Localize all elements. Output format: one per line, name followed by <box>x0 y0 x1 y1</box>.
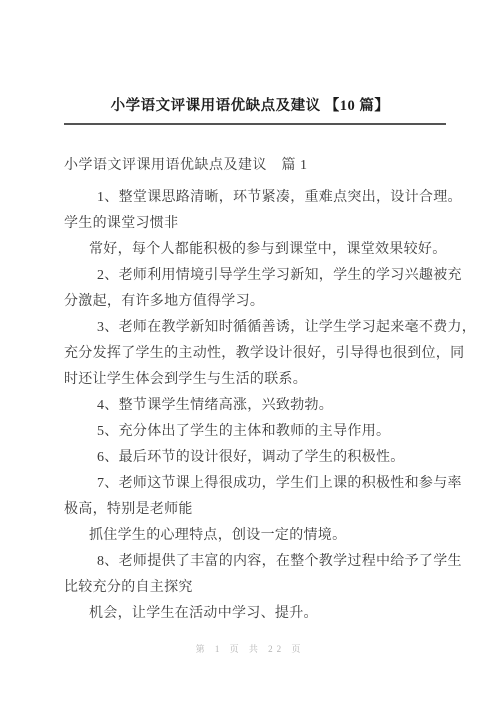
document-page: 小学语文评课用语优缺点及建议 【10 篇】 小学语文评课用语优缺点及建议 篇 1… <box>0 0 500 707</box>
section-heading: 小学语文评课用语优缺点及建议 篇 1 <box>64 153 446 179</box>
paragraph-line: 8、老师提供了丰富的内容，在整个教学过程中给予了学生 <box>64 549 446 575</box>
paragraph-line: 时还让学生体会到学生与生活的联系。 <box>64 367 446 393</box>
paragraph-line: 3、老师在教学新知时循循善诱，让学生学习起来毫不费力， <box>64 315 446 341</box>
paragraph-line: 4、整节课学生情绪高涨，兴致勃勃。 <box>64 393 446 419</box>
paragraph-line: 抓住学生的心理特点，创设一定的情境。 <box>64 523 446 549</box>
document-body: 1、整堂课思路清晰，环节紧凑，重难点突出，设计合理。 学生的课堂习惯非 常好，每… <box>64 185 446 627</box>
paragraph-line: 充分发挥了学生的主动性，教学设计很好，引导得也很到位，同 <box>64 341 446 367</box>
paragraph-line: 5、充分体出了学生的主体和教师的主导作用。 <box>64 419 446 445</box>
paragraph-line: 6、最后环节的设计很好，调动了学生的积极性。 <box>64 445 446 471</box>
paragraph-line: 极高，特别是老师能 <box>64 497 446 523</box>
paragraph-line: 学生的课堂习惯非 <box>64 211 446 237</box>
paragraph-line: 1、整堂课思路清晰，环节紧凑，重难点突出，设计合理。 <box>64 185 446 211</box>
title-divider-line <box>64 123 446 125</box>
paragraph-line: 分激起，有许多地方值得学习。 <box>64 289 446 315</box>
document-title: 小学语文评课用语优缺点及建议 【10 篇】 <box>0 0 500 114</box>
page-number-footer: 第 1 页 共 22 页 <box>0 643 500 656</box>
paragraph-line: 2、老师利用情境引导学生学习新知，学生的学习兴趣被充 <box>64 263 446 289</box>
paragraph-line: 常好，每个人都能积极的参与到课堂中，课堂效果较好。 <box>64 237 446 263</box>
paragraph-line: 7、老师这节课上得很成功，学生们上课的积极性和参与率 <box>64 471 446 497</box>
paragraph-line: 比较充分的自主探究 <box>64 575 446 601</box>
paragraph-line: 机会，让学生在活动中学习、提升。 <box>64 601 446 627</box>
